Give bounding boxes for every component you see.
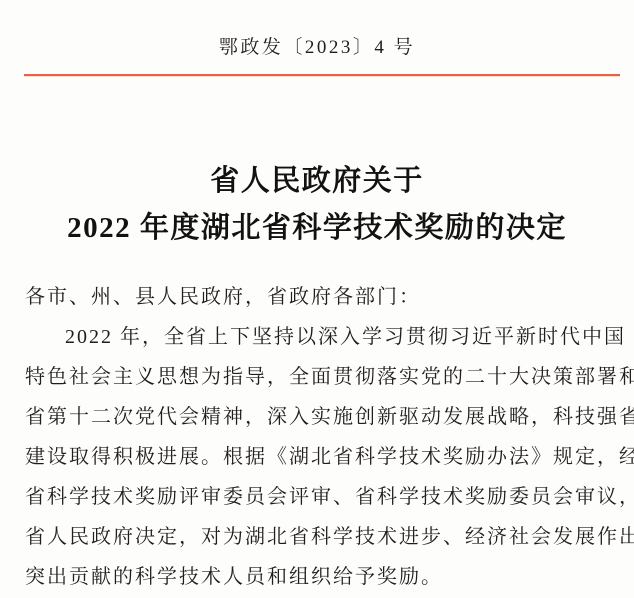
document-title-line1: 省人民政府关于	[0, 158, 634, 205]
paragraph-line: 2022 年，全省上下坚持以深入学习贯彻习近平新时代中国	[25, 317, 610, 357]
document-title: 省人民政府关于 2022 年度湖北省科学技术奖励的决定	[0, 158, 634, 252]
salutation-line: 各市、州、县人民政府，省政府各部门：	[25, 277, 610, 317]
document-title-line2: 2022 年度湖北省科学技术奖励的决定	[0, 205, 634, 252]
paragraph-line: 省人民政府决定，对为湖北省科学技术进步、经济社会发展作出	[25, 517, 610, 557]
red-header-divider	[24, 74, 620, 76]
paragraph-line: 特色社会主义思想为指导，全面贯彻落实党的二十大决策部署和	[25, 357, 610, 397]
official-document-page: 鄂政发〔2023〕4 号 省人民政府关于 2022 年度湖北省科学技术奖励的决定…	[0, 0, 634, 598]
paragraph-line: 省科学技术奖励评审委员会评审、省科学技术奖励委员会审议，	[25, 477, 610, 517]
paragraph-line: 建设取得积极进展。根据《湖北省科学技术奖励办法》规定，经	[25, 437, 610, 477]
paragraph-line: 省第十二次党代会精神，深入实施创新驱动发展战略，科技强省	[25, 397, 610, 437]
paragraph-line-last: 突出贡献的科学技术人员和组织给予奖励。	[25, 557, 610, 597]
document-body: 各市、州、县人民政府，省政府各部门： 2022 年，全省上下坚持以深入学习贯彻习…	[25, 277, 610, 597]
document-number: 鄂政发〔2023〕4 号	[0, 0, 634, 59]
